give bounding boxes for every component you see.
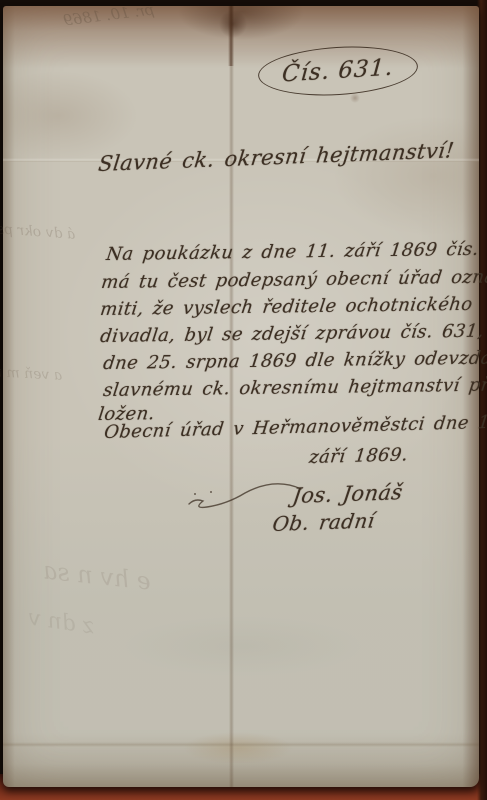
fold-crease-horizontal-lower: [3, 742, 479, 747]
bleedthrough-text: a veň m n: [0, 364, 63, 384]
bleedthrough-text: á dv okr ps: [0, 221, 76, 242]
body-line-3: miti, že vyslech ředitele ochotnického: [99, 294, 474, 320]
bleedthrough-text: pr. 10. 1869: [62, 0, 155, 29]
dateline-date: září 1869.: [308, 444, 409, 468]
body-line-5: dne 25. srpna 1869 dle knížky odevzdací: [102, 347, 487, 374]
dateline-place: Obecní úřad v Heřmanověměstci dne 16.: [103, 411, 487, 443]
paper-sheet: pr. 10. 1869 á dv okr ps a veň m n e hv …: [3, 6, 479, 787]
salutation-line: Slavné ck. okresní hejtmanství!: [97, 138, 456, 176]
reference-number-oval: Čís. 631.: [257, 42, 420, 100]
body-line-4: divadla, byl se zdejší zprávou čís. 631,…: [99, 320, 487, 347]
bleedthrough-text: z dn v: [27, 606, 96, 640]
signature-name: Jos. Jonáš: [291, 480, 404, 508]
bleedthrough-text: e hv n sa: [42, 556, 153, 595]
document-scan: pr. 10. 1869 á dv okr ps a veň m n e hv …: [0, 0, 487, 800]
reference-number: Čís. 631.: [281, 55, 394, 88]
body-line-1: Na poukázku z dne 11. září 1869 čís. 285…: [105, 238, 487, 265]
fold-crease-top-dark: [228, 6, 234, 66]
body-line-2: má tu čest podepsaný obecní úřad ozná-: [100, 266, 487, 293]
signature-title: Ob. radní: [271, 508, 376, 536]
body-line-6: slavnému ck. okresnímu hejtmanství před-: [102, 374, 487, 401]
